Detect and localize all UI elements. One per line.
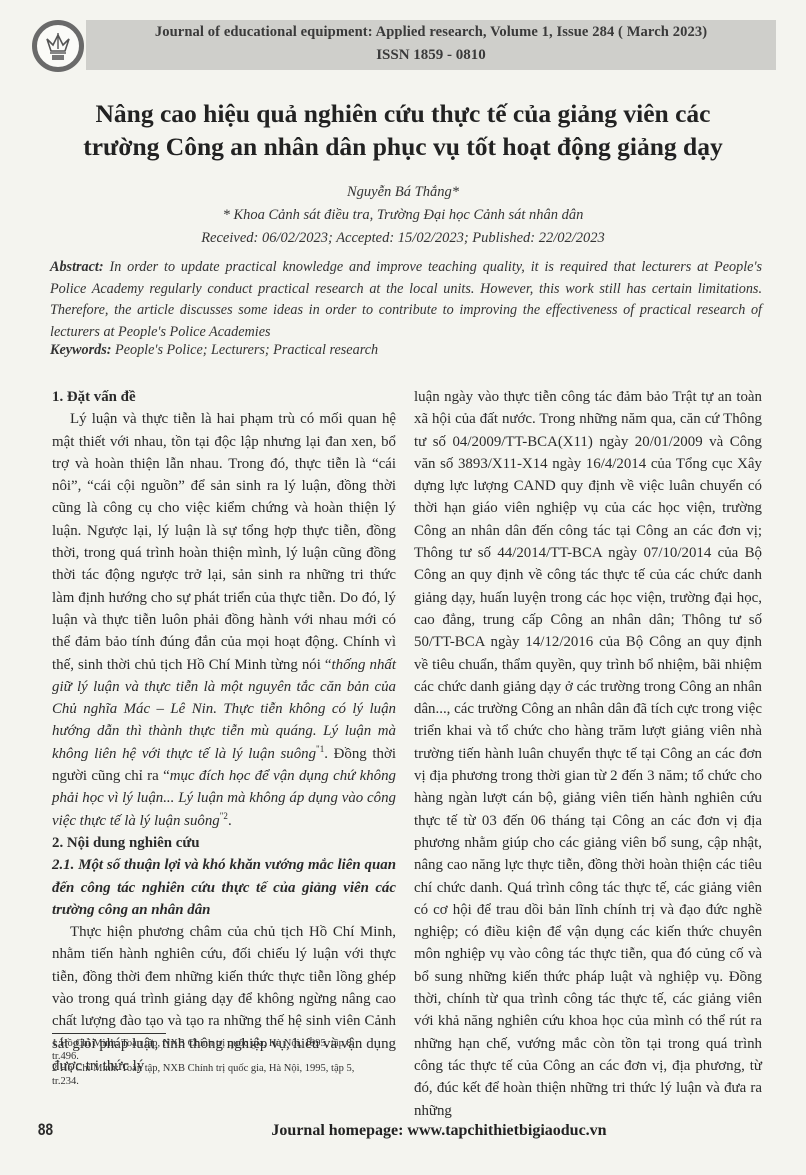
journal-crest-icon [32,20,84,72]
crest-emblem-icon [41,29,75,63]
abstract-text: In order to update practical knowledge a… [50,259,762,340]
homepage-link[interactable]: Journal homepage: www.tapchithietbigiaod… [271,1122,606,1139]
title-line-2: trường Công an nhân dân phục vụ tốt hoạt… [40,130,766,163]
right-column: luận ngày vào thực tiễn công tác đảm bảo… [414,386,762,1122]
title-line-1: Nâng cao hiệu quả nghiên cứu thực tế của… [40,97,766,130]
footnote-2: 2 Hồ Chí Minh: Toàn tập, NXB Chính trị q… [52,1063,362,1088]
article-meta: Nguyễn Bá Thắng* * Khoa Cảnh sát điều tr… [40,181,766,250]
author: Nguyễn Bá Thắng* [40,181,766,204]
keywords: Keywords: People's Police; Lecturers; Pr… [50,340,762,360]
left-column: 1. Đặt vấn đề Lý luận và thực tiễn là ha… [52,386,396,1077]
section-1-paragraph: Lý luận và thực tiễn là hai phạm trù có … [52,408,396,832]
keywords-text: People's Police; Lecturers; Practical re… [111,342,378,358]
abstract: Abstract: In order to update practical k… [50,257,762,343]
section-2-heading: 2. Nội dung nghiên cứu [52,832,396,854]
right-column-paragraph: luận ngày vào thực tiễn công tác đảm bảo… [414,386,762,1122]
article-title: Nâng cao hiệu quả nghiên cứu thực tế của… [40,97,766,163]
journal-homepage: Journal homepage: www.tapchithietbigiaod… [0,1122,806,1140]
abstract-label: Abstract: [50,259,104,275]
section-2-1-heading: 2.1. Một số thuận lợi và khó khăn vướng … [52,854,396,921]
footnote-ref-1[interactable]: "1 [316,744,324,754]
keywords-label: Keywords: [50,342,111,358]
issn-label: ISSN 1859 - 0810 [86,47,776,64]
footnotes: 1 Hồ Chí Minh: Toàn tập, NXB Chính trị q… [52,1038,362,1088]
footnote-ref-2[interactable]: "2 [220,811,228,821]
affiliation: * Khoa Cảnh sát điều tra, Trường Đại học… [40,204,766,227]
journal-header-band: Journal of educational equipment: Applie… [86,20,776,70]
footnote-divider [52,1033,166,1034]
journal-title: Journal of educational equipment: Applie… [96,24,765,41]
footnote-1: 1 Hồ Chí Minh: Toàn tập, NXB Chính trị q… [52,1038,362,1063]
publication-dates: Received: 06/02/2023; Accepted: 15/02/20… [40,227,766,250]
section-1-heading: 1. Đặt vấn đề [52,386,396,408]
